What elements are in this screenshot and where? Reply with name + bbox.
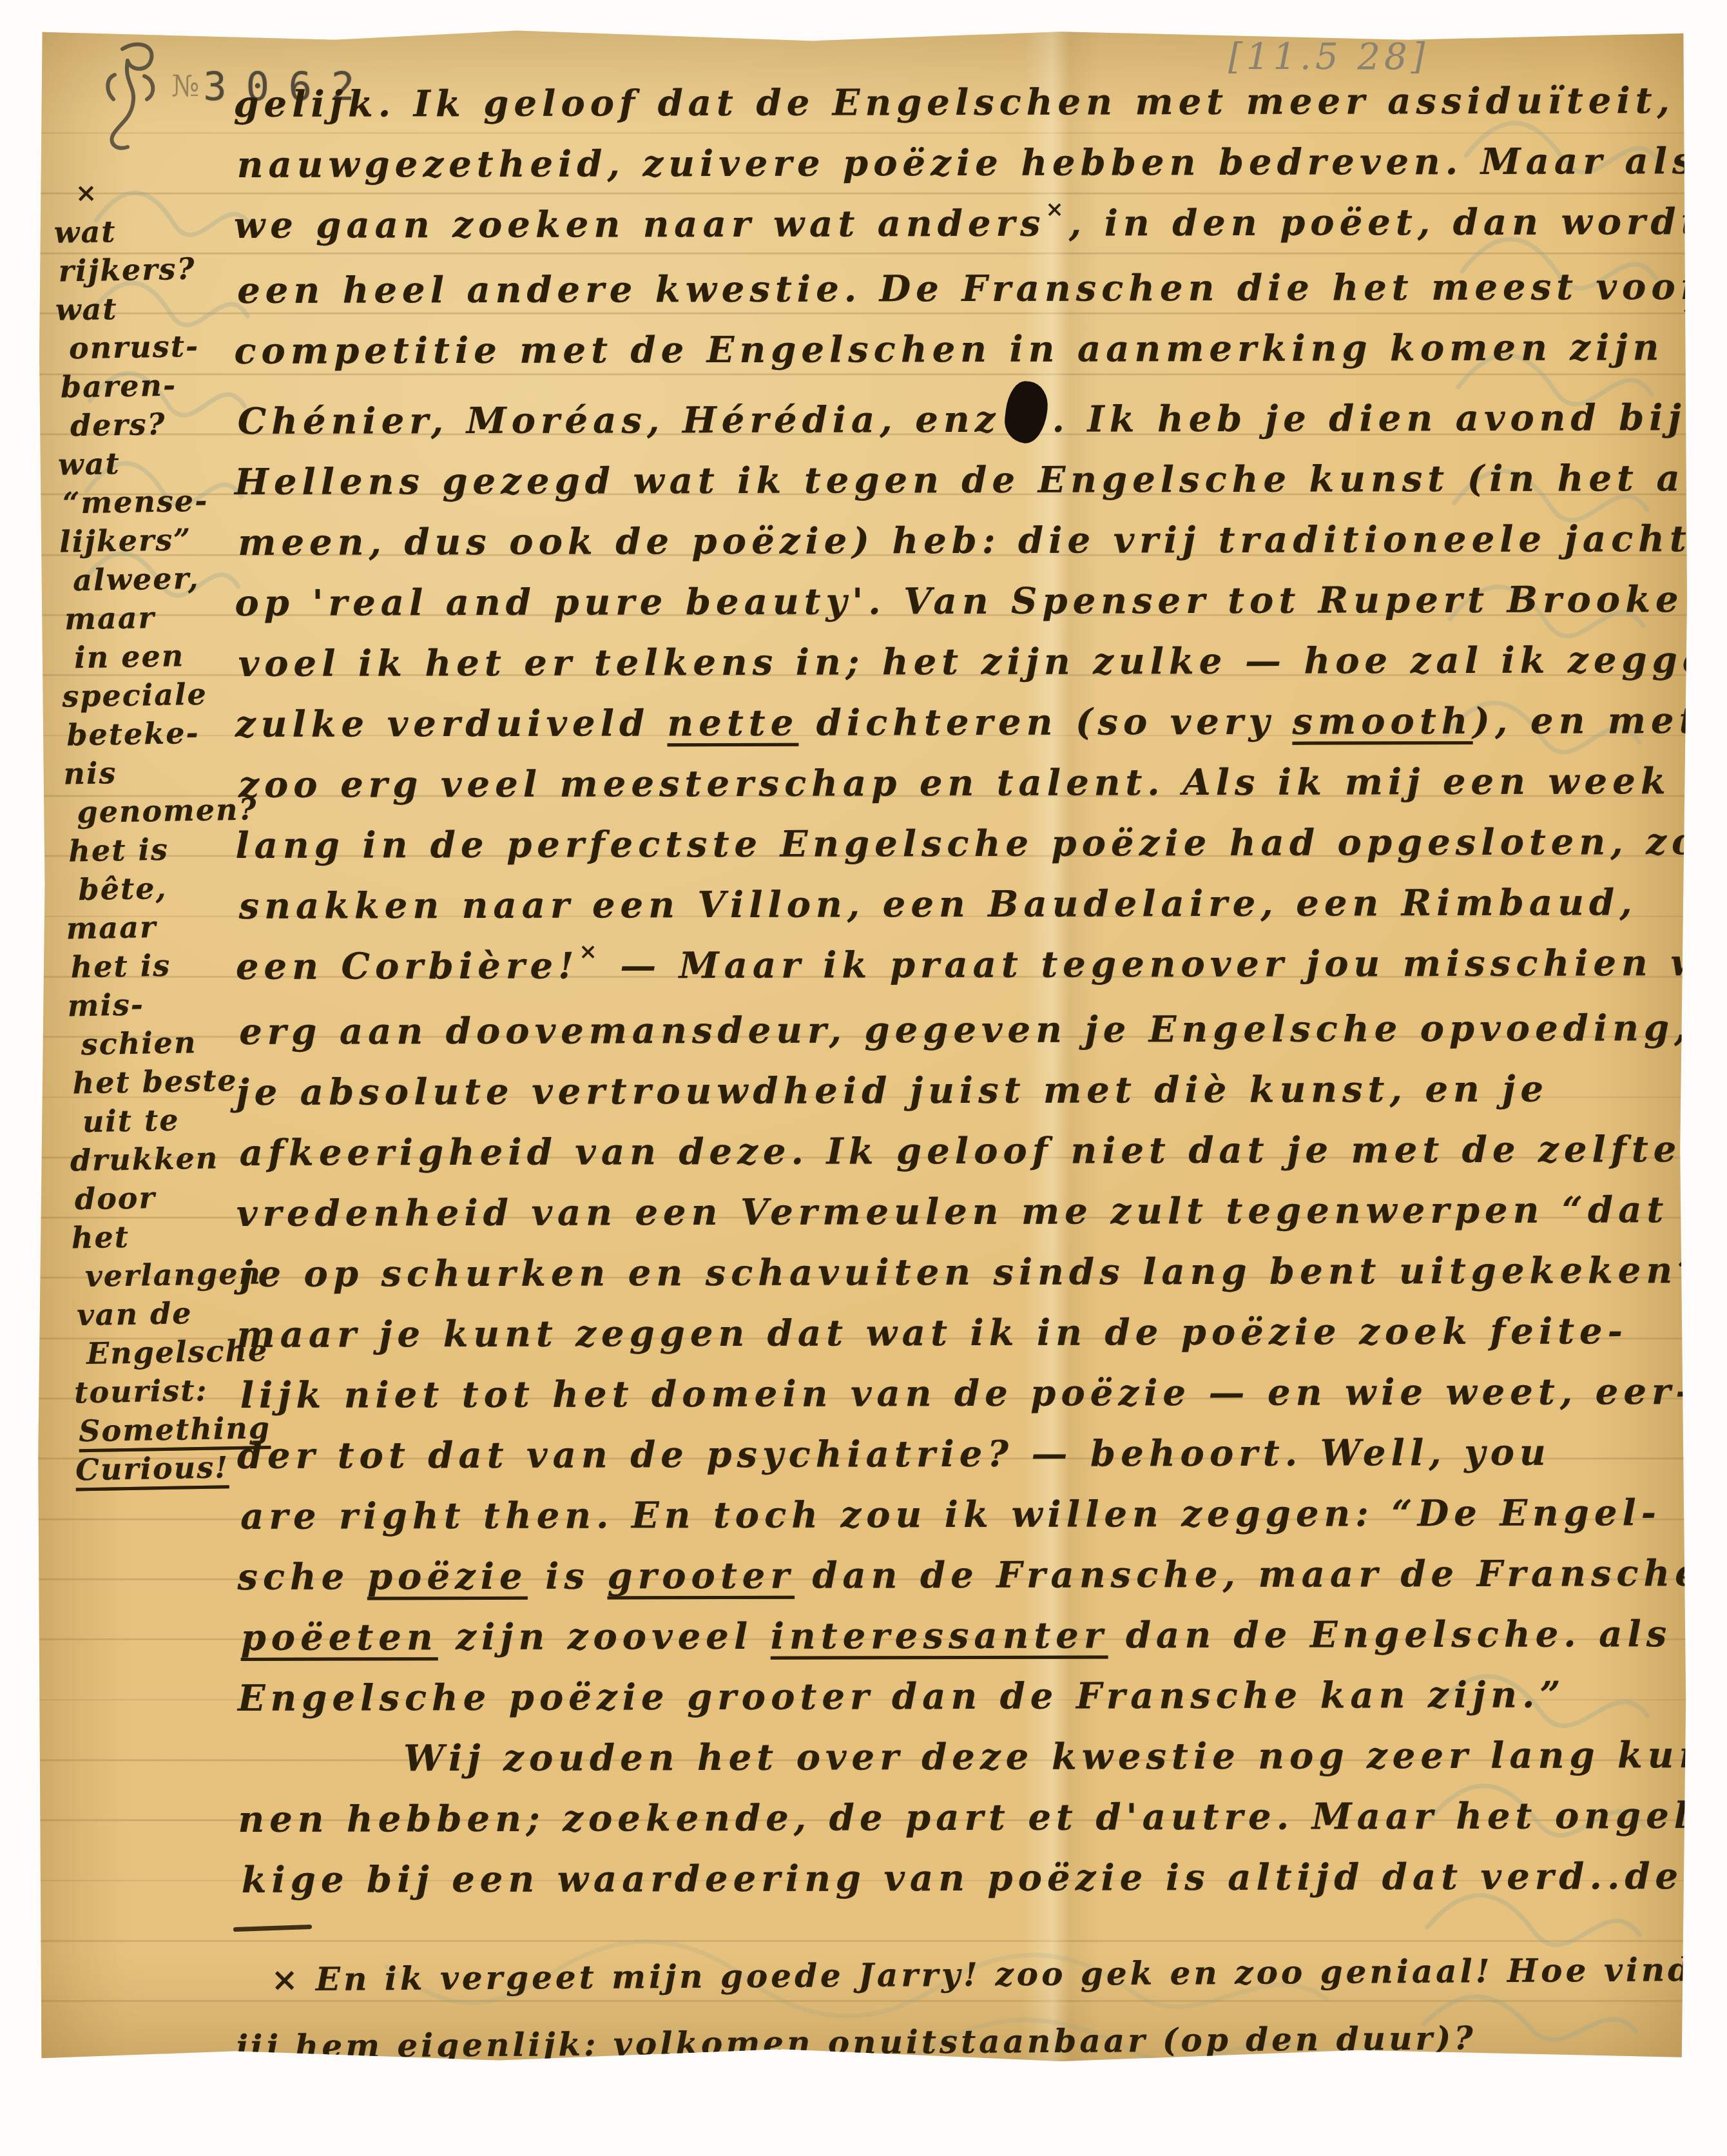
handwritten-line: maar bbox=[66, 906, 255, 947]
handwritten-line: zulke verduiveld nette dichteren (so ver… bbox=[235, 690, 1688, 755]
handwritten-line: lijkers” bbox=[59, 520, 248, 561]
text-segment: is bbox=[528, 1555, 608, 1597]
handwritten-line: uit te bbox=[69, 1099, 258, 1141]
text-segment: schien bbox=[81, 1025, 197, 1062]
text-segment: speciale bbox=[62, 677, 207, 714]
text-segment: we gaan zoeken naar wat anders bbox=[234, 202, 1046, 247]
text-segment: op 'real and pure beauty'. Van Spenser t… bbox=[235, 578, 1683, 625]
text-segment: tourist: bbox=[74, 1373, 208, 1410]
text-segment: beteke- bbox=[66, 715, 200, 753]
text-segment: lang in de perfectste Engelsche poëzie h… bbox=[235, 821, 1688, 867]
handwritten-line: snakken naar een Villon, een Baudelaire,… bbox=[239, 872, 1688, 937]
handwritten-line: Engelsche poëzie grooter dan de Fransche… bbox=[238, 1664, 1688, 1729]
handwritten-line: wat bbox=[58, 442, 247, 484]
text-segment: wat bbox=[58, 446, 121, 482]
stamp-crest-icon bbox=[94, 37, 170, 164]
handwritten-line: erg aan doovemansdeur, gegeven je Engels… bbox=[239, 998, 1688, 1062]
text-segment: zulke verduiveld bbox=[235, 702, 668, 746]
handwritten-line: alweer, bbox=[60, 558, 249, 600]
text-segment: door bbox=[74, 1180, 156, 1216]
handwritten-line: een Corbière!× — Maar ik praat tegenover… bbox=[236, 933, 1688, 1002]
handwritten-line: wat bbox=[53, 210, 242, 252]
letter-page: № 3062 [11.5 28] ×watrijkers?watonrust-b… bbox=[37, 30, 1688, 2066]
text-segment: — Maar ik praat tegenover jou misschien … bbox=[603, 942, 1688, 987]
text-segment: jij hem eigenlijk: volkomen onuitstaanba… bbox=[235, 2019, 1476, 2065]
handwritten-line: voel ik het er telkens in; het zijn zulk… bbox=[238, 630, 1688, 694]
handwritten-line: “mense- bbox=[59, 481, 247, 523]
handwritten-line: we gaan zoeken naar wat anders×, in den … bbox=[234, 191, 1688, 260]
handwritten-line: × En ik vergeet mijn goede Jarry! zoo ge… bbox=[235, 1936, 1679, 2014]
text-segment: are right then. En toch zou ik willen ze… bbox=[240, 1491, 1661, 1538]
text-segment: baren- bbox=[61, 367, 177, 404]
handwritten-line: poëeten zijn zooveel interessanter dan d… bbox=[241, 1604, 1688, 1668]
handwritten-line: het beste bbox=[68, 1060, 257, 1102]
text-segment: wat bbox=[53, 214, 117, 250]
handwritten-line: × bbox=[53, 171, 242, 213]
handwritten-line: Curious! bbox=[75, 1447, 264, 1489]
underlined-word: Curious! bbox=[75, 1450, 229, 1487]
text-segment: Chénier, Moréas, Hérédia, enz bbox=[238, 398, 1001, 443]
text-segment: maar je kunt zeggen dat wat ik in de poë… bbox=[236, 1310, 1628, 1356]
handwritten-line: je op schurken en schavuiten sinds lang … bbox=[240, 1240, 1688, 1305]
text-segment: sche bbox=[237, 1555, 367, 1598]
margin-notes-column: ×watrijkers?watonrust-baren-ders?wat“men… bbox=[53, 171, 264, 1490]
handwritten-line: baren- bbox=[56, 365, 245, 407]
text-segment: dichteren (so very bbox=[798, 701, 1292, 744]
text-segment: Engelsche poëzie grooter dan de Fransche… bbox=[238, 1674, 1566, 1720]
text-segment: het beste bbox=[72, 1063, 238, 1100]
text-segment: nen hebben; zoekende, de part et d'autre… bbox=[238, 1794, 1688, 1841]
handwritten-line: nauwgezetheid, zuivere poëzie hebben bed… bbox=[237, 131, 1688, 195]
handwritten-line: ders? bbox=[57, 403, 246, 445]
text-segment: maar bbox=[64, 600, 155, 636]
letter-body-text: gelijk. Ik geloof dat de Engelschen met … bbox=[233, 70, 1688, 1910]
handwritten-line: maar je kunt zeggen dat wat ik in de poë… bbox=[236, 1301, 1688, 1365]
text-segment: × En ik vergeet mijn goede Jarry! zoo ge… bbox=[271, 1950, 1688, 1998]
handwritten-line: genomen? bbox=[64, 790, 253, 831]
text-segment: erg aan doovemansdeur, gegeven je Engels… bbox=[239, 1007, 1688, 1053]
handwritten-line: lang in de perfectste Engelsche poëzie h… bbox=[235, 811, 1688, 876]
text-segment: Wij zouden het over deze kwestie nog zee… bbox=[403, 1734, 1688, 1780]
handwritten-line: maar bbox=[61, 597, 249, 639]
text-segment: “mense- bbox=[63, 483, 209, 521]
handwritten-line: een heel andere kwestie. De Franschen di… bbox=[237, 257, 1688, 321]
handwritten-line: drukken bbox=[70, 1138, 258, 1180]
text-segment: zijn zooveel bbox=[438, 1615, 771, 1658]
handwritten-line: nen hebben; zoekende, de part et d'autre… bbox=[238, 1785, 1688, 1850]
handwritten-line: Chénier, Moréas, Hérédia, enz. Ik heb je… bbox=[238, 380, 1688, 452]
text-segment: gelijk. Ik geloof dat de Engelschen met … bbox=[233, 79, 1688, 126]
handwritten-line: van de bbox=[73, 1292, 262, 1334]
underlined-word: poëzie bbox=[367, 1555, 528, 1598]
handwritten-line: kige bij een waardeering van poëzie is a… bbox=[241, 1846, 1688, 1910]
footnote-text: × En ik vergeet mijn goede Jarry! zoo ge… bbox=[235, 1936, 1679, 2066]
text-segment: × bbox=[75, 177, 98, 208]
text-segment: ders? bbox=[70, 407, 166, 443]
handwritten-line: het is bbox=[66, 944, 255, 986]
text-segment: van de bbox=[77, 1296, 193, 1332]
text-segment: het is bbox=[68, 832, 169, 869]
handwritten-line: jij hem eigenlijk: volkomen onuitstaanba… bbox=[235, 2003, 1679, 2066]
handwritten-line: competitie met de Engelschen in aanmerki… bbox=[234, 317, 1688, 384]
handwritten-line: beteke- bbox=[63, 712, 251, 754]
text-segment: lijk niet tot het domein van de poëzie —… bbox=[240, 1370, 1688, 1417]
text-segment: kige bij een waardeering van poëzie is a… bbox=[242, 1855, 1688, 1901]
text-segment: uit te bbox=[82, 1103, 180, 1140]
text-segment: wat bbox=[55, 291, 118, 327]
handwritten-line: tourist: bbox=[74, 1370, 263, 1412]
numero-sign: № bbox=[171, 68, 200, 103]
text-segment: alweer, bbox=[73, 561, 200, 597]
text-segment: snakken naar een Villon, een Baudelaire,… bbox=[239, 881, 1637, 927]
text-segment: Hellens gezegd wat ik tegen de Engelsche… bbox=[235, 457, 1688, 503]
handwritten-line: afkeerigheid van deze. Ik geloof niet da… bbox=[240, 1119, 1688, 1183]
text-segment: × bbox=[579, 938, 602, 964]
handwritten-line: Wij zouden het over deze kwestie nog zee… bbox=[241, 1725, 1688, 1789]
text-segment: je op schurken en schavuiten sinds lang … bbox=[240, 1249, 1688, 1296]
handwritten-line: der tot dat van de psychiatrie? — behoor… bbox=[237, 1422, 1688, 1486]
handwritten-line: Engelsche bbox=[73, 1331, 262, 1373]
text-segment: bête, bbox=[78, 871, 168, 907]
text-segment: het is bbox=[70, 948, 171, 985]
handwritten-line: speciale bbox=[62, 674, 251, 715]
text-segment: competitie met de Engelschen in aanmerki… bbox=[234, 326, 1682, 373]
footnote-separator bbox=[233, 1925, 312, 1932]
text-segment: . Ik heb je dien avond bij bbox=[1052, 396, 1686, 441]
text-segment: dan de Fransche, maar de Fransche bbox=[795, 1552, 1688, 1597]
text-segment: , in den poëet, dan wordt het bbox=[1069, 200, 1688, 245]
text-segment: dan de Engelsche. als de bbox=[1108, 1613, 1688, 1657]
text-segment: maar bbox=[66, 909, 157, 946]
ink-blot-icon bbox=[1002, 379, 1050, 445]
handwritten-line: door bbox=[70, 1176, 259, 1218]
text-segment: het bbox=[72, 1219, 130, 1256]
handwritten-line: in een bbox=[61, 635, 250, 677]
underlined-word: nette bbox=[667, 702, 798, 745]
text-segment: zoo erg veel meesterschap en talent. Als… bbox=[238, 760, 1671, 806]
text-segment: ), en met bbox=[1472, 699, 1688, 743]
underlined-word: grooter bbox=[607, 1555, 795, 1598]
text-segment: genomen? bbox=[77, 792, 258, 830]
text-segment: je absolute vertrouwdheid juist met diè … bbox=[236, 1068, 1549, 1114]
handwritten-line: verlangen bbox=[72, 1254, 261, 1296]
handwritten-line: schien bbox=[68, 1022, 256, 1063]
handwritten-line: mis- bbox=[67, 983, 256, 1025]
text-segment: vredenheid van een Vermeulen me zult teg… bbox=[236, 1189, 1669, 1235]
handwritten-line: rijkers? bbox=[54, 249, 243, 291]
text-segment: nis bbox=[63, 755, 117, 791]
underlined-word: interessanter bbox=[771, 1614, 1108, 1657]
handwritten-line: je absolute vertrouwdheid juist met diè … bbox=[236, 1058, 1688, 1123]
text-segment: voel ik het er telkens in; het zijn zulk… bbox=[238, 638, 1688, 685]
handwritten-line: gelijk. Ik geloof dat de Engelschen met … bbox=[233, 70, 1688, 135]
handwritten-line: lijk niet tot het domein van de poëzie —… bbox=[240, 1361, 1688, 1426]
text-segment: × bbox=[1045, 196, 1068, 222]
handwritten-line: vredenheid van een Vermeulen me zult teg… bbox=[236, 1180, 1688, 1244]
handwritten-line: meen, dus ook de poëzie) heb: die vrij t… bbox=[238, 509, 1688, 573]
handwritten-line: wat bbox=[55, 287, 244, 329]
handwritten-line: onrust- bbox=[55, 326, 244, 368]
handwritten-line: Hellens gezegd wat ik tegen de Engelsche… bbox=[235, 448, 1688, 512]
underlined-word: smooth bbox=[1292, 700, 1472, 743]
text-segment: een Corbière! bbox=[236, 945, 579, 988]
text-segment: rijkers? bbox=[58, 251, 195, 289]
text-segment: een heel andere kwestie. De Franschen di… bbox=[237, 266, 1688, 312]
text-segment: meen, dus ook de poëzie) heb: die vrij t… bbox=[238, 518, 1688, 564]
text-segment: der tot dat van de psychiatrie? — behoor… bbox=[237, 1432, 1551, 1477]
text-segment: onrust- bbox=[68, 329, 199, 366]
handwritten-line: het bbox=[71, 1215, 260, 1257]
handwritten-line: nis bbox=[63, 751, 252, 793]
text-segment: mis- bbox=[67, 987, 144, 1023]
handwritten-line: het is bbox=[64, 828, 253, 870]
handwritten-line: are right then. En toch zou ik willen ze… bbox=[240, 1482, 1688, 1547]
text-segment: nauwgezetheid, zuivere poëzie hebben bed… bbox=[237, 140, 1688, 186]
handwritten-line: bête, bbox=[65, 867, 254, 909]
text-segment: in een bbox=[74, 638, 185, 675]
text-segment: lijkers” bbox=[59, 522, 192, 559]
handwritten-line: sche poëzie is grooter dan de Fransche, … bbox=[237, 1543, 1688, 1607]
text-segment: afkeerigheid van deze. Ik geloof niet da… bbox=[240, 1128, 1688, 1174]
underlined-word: poëeten bbox=[241, 1616, 438, 1659]
text-segment: drukken bbox=[70, 1140, 218, 1178]
text-segment: verlangen bbox=[85, 1256, 262, 1294]
handwritten-line: Something bbox=[75, 1408, 264, 1450]
handwritten-line: zoo erg veel meesterschap en talent. Als… bbox=[238, 751, 1688, 815]
handwritten-line: op 'real and pure beauty'. Van Spenser t… bbox=[235, 569, 1688, 634]
scan-background: { "colors":{ "background":"#fdfcfa","pap… bbox=[0, 0, 1727, 2156]
